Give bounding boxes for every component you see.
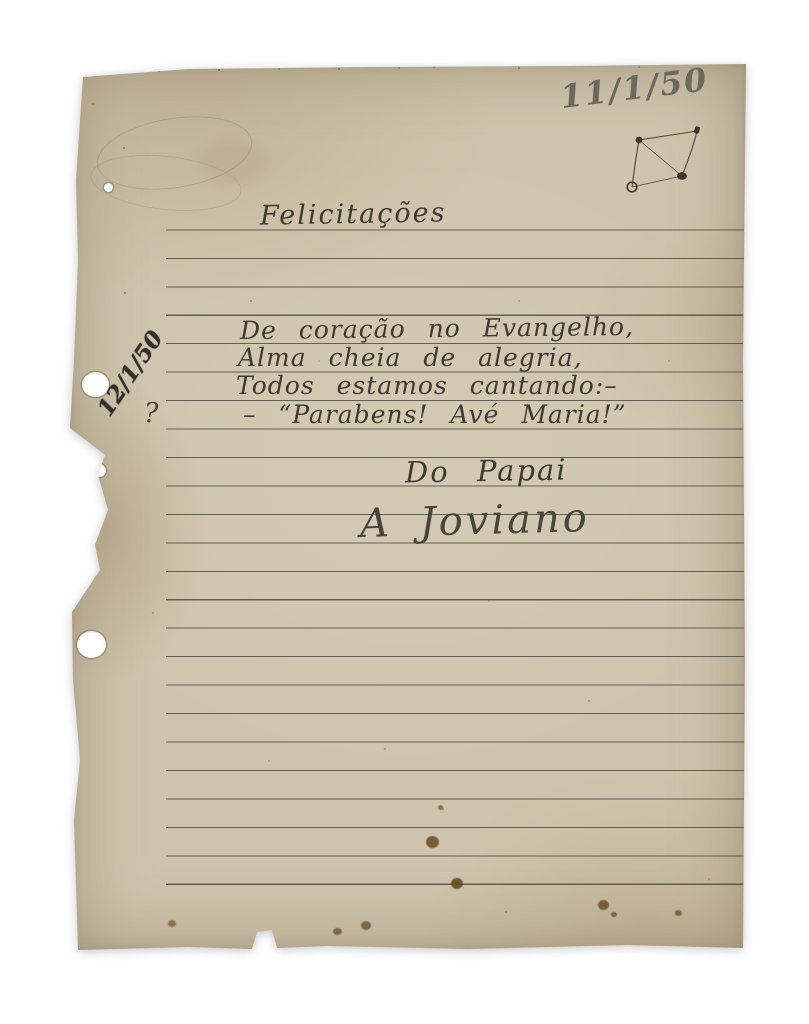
signature: A Joviano xyxy=(360,498,591,544)
poem-line: Alma cheia de alegria, xyxy=(238,345,583,370)
scanned-letter-page: 11/1/50 Felicitações De xyxy=(68,60,748,952)
letter-title: Felicitações xyxy=(260,199,447,229)
corner-doodle-sketch xyxy=(608,110,728,205)
foxing-stain xyxy=(333,928,342,935)
letter-page-wrapper: 11/1/50 Felicitações De xyxy=(68,60,748,952)
question-mark-note: ? xyxy=(144,400,158,427)
paper-hole xyxy=(104,183,113,192)
foxing-stain xyxy=(438,805,443,810)
foxing-stain xyxy=(675,910,682,916)
foxing-stain xyxy=(361,921,371,930)
closing-line: Do Papai xyxy=(405,456,568,488)
foxing-stain xyxy=(426,836,439,848)
foxing-stain xyxy=(168,920,176,927)
poem-line: De coração no Evangelho, xyxy=(240,314,634,343)
smudge-stain xyxy=(198,140,268,185)
foxing-stain xyxy=(451,878,463,889)
foxing-stain xyxy=(598,900,609,910)
scan-background: 11/1/50 Felicitações De xyxy=(0,0,809,1024)
poem-line: – “Parabens! Avé Maria!” xyxy=(243,402,627,427)
punch-hole xyxy=(77,631,106,658)
paper-speckles xyxy=(68,60,70,62)
poem-line: Todos estamos cantando:– xyxy=(236,373,618,398)
handwritten-date: 11/1/50 xyxy=(559,63,710,113)
paper-hole xyxy=(92,464,106,477)
foxing-stain xyxy=(611,912,617,917)
